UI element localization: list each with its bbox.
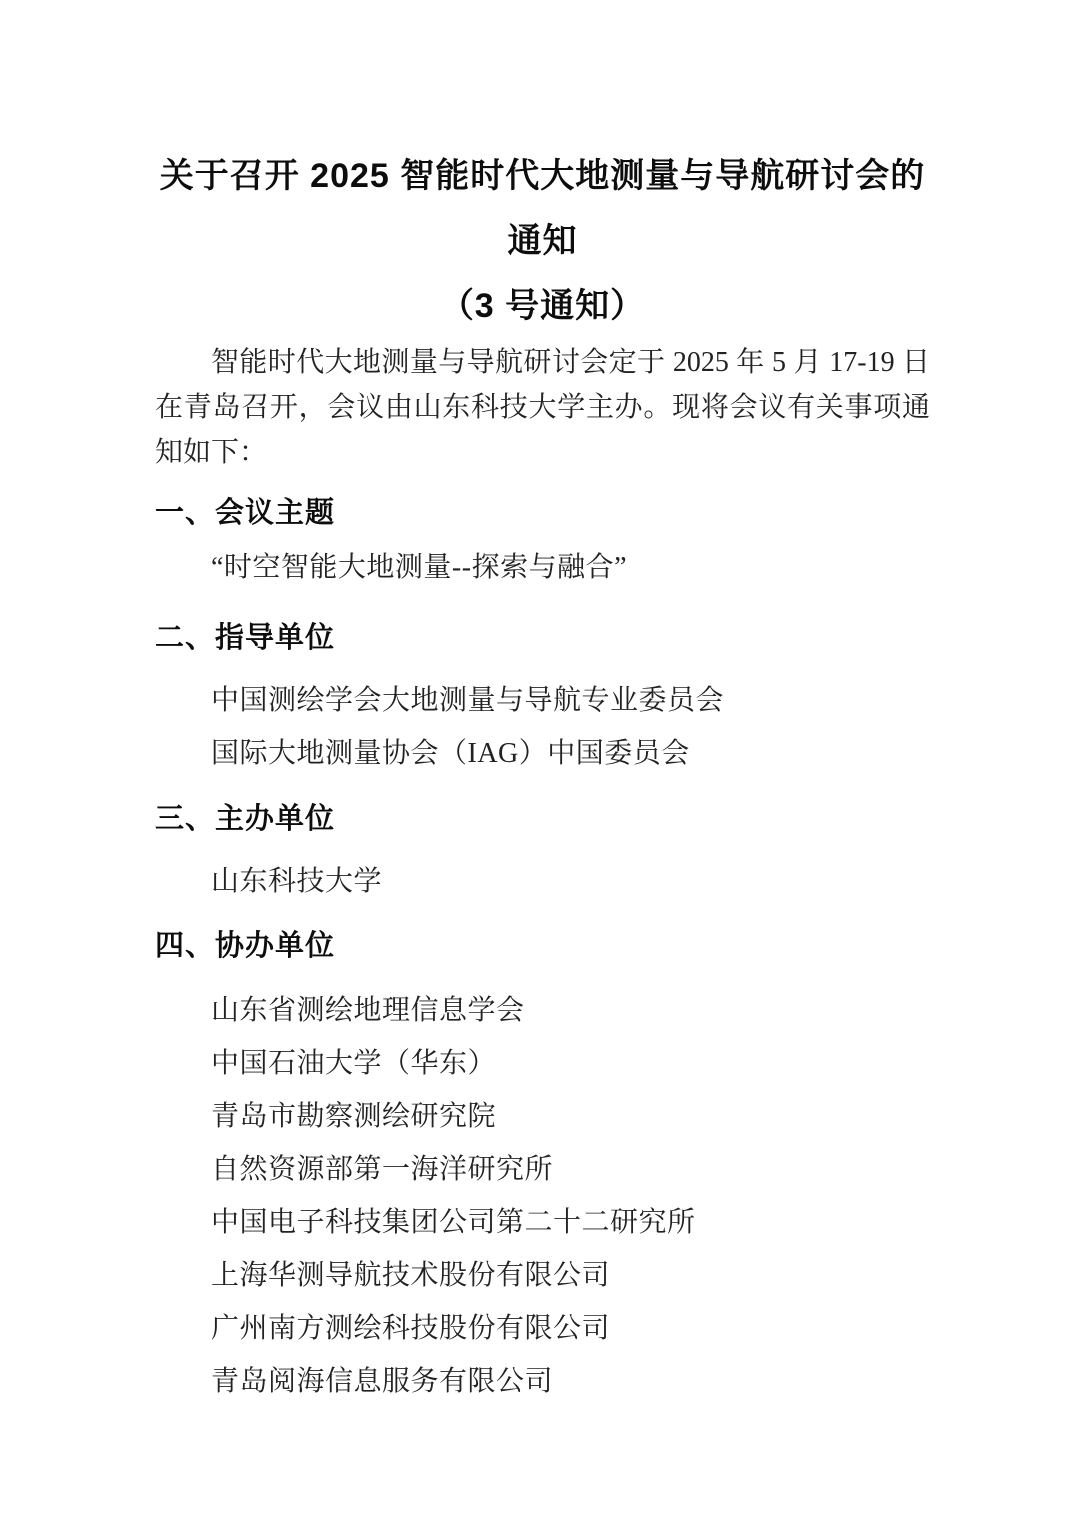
guiding-organizations-list: 中国测绘学会大地测量与导航专业委员会 国际大地测量协会（IAG）中国委员会 bbox=[155, 674, 930, 780]
co-organizers-list: 山东省测绘地理信息学会 中国石油大学（华东） 青岛市勘察测绘研究院 自然资源部第… bbox=[155, 984, 930, 1408]
section-heading-co-organizers: 四、协办单位 bbox=[155, 926, 930, 966]
host-organization-list: 山东科技大学 bbox=[155, 855, 930, 908]
guiding-organization-item: 中国测绘学会大地测量与导航专业委员会 bbox=[211, 674, 930, 727]
meeting-theme-text: “时空智能大地测量--探索与融合” bbox=[155, 541, 930, 594]
guiding-organization-item: 国际大地测量协会（IAG）中国委员会 bbox=[211, 727, 930, 780]
co-organizer-item: 青岛阅海信息服务有限公司 bbox=[211, 1355, 930, 1408]
co-organizer-item: 青岛市勘察测绘研究院 bbox=[211, 1090, 930, 1143]
co-organizer-item: 中国石油大学（华东） bbox=[211, 1037, 930, 1090]
co-organizer-item: 自然资源部第一海洋研究所 bbox=[211, 1143, 930, 1196]
co-organizer-item: 山东省测绘地理信息学会 bbox=[211, 984, 930, 1037]
intro-paragraph: 智能时代大地测量与导航研讨会定于 2025 年 5 月 17-19 日在青岛召开… bbox=[155, 340, 930, 475]
section-heading-guiding-organizations: 二、指导单位 bbox=[155, 618, 930, 658]
document-title-line2: （3 号通知） bbox=[155, 274, 930, 339]
section-heading-host-organization: 三、主办单位 bbox=[155, 799, 930, 839]
section-heading-meeting-theme: 一、会议主题 bbox=[155, 493, 930, 533]
co-organizer-item: 广州南方测绘科技股份有限公司 bbox=[211, 1302, 930, 1355]
co-organizer-item: 中国电子科技集团公司第二十二研究所 bbox=[211, 1196, 930, 1249]
co-organizer-item: 上海华测导航技术股份有限公司 bbox=[211, 1249, 930, 1302]
document-title: 关于召开 2025 智能时代大地测量与导航研讨会的通知 （3 号通知） bbox=[155, 144, 930, 339]
host-organization-item: 山东科技大学 bbox=[211, 855, 930, 908]
document-page: 关于召开 2025 智能时代大地测量与导航研讨会的通知 （3 号通知） 智能时代… bbox=[0, 0, 1080, 1527]
document-title-line1: 关于召开 2025 智能时代大地测量与导航研讨会的通知 bbox=[155, 144, 930, 274]
